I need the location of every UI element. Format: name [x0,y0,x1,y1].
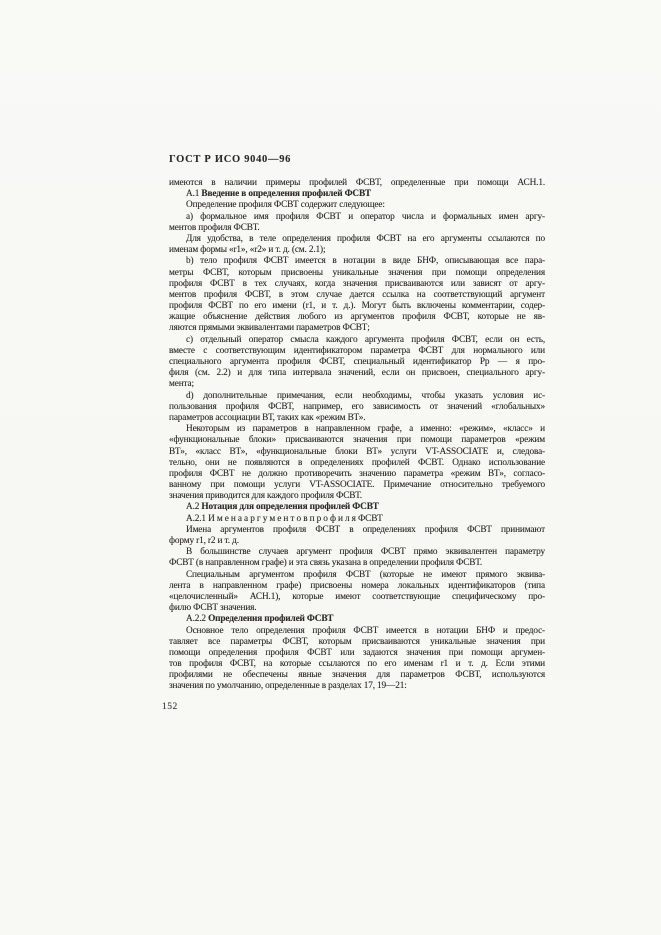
text-line: метры ФСВТ, которым присвоены уникальные… [169,268,545,279]
text-line: «целочисленный» АСН.1), которые имеют со… [169,592,545,603]
text-line: Определение профиля ФСВТ содержит следую… [169,200,545,211]
text-line: Основное тело определения профиля ФСВТ и… [169,626,545,637]
text-line: а) формальное имя профиля ФСВТ и операто… [169,212,545,223]
text-line: имеются в наличии примеры профилей ФСВТ,… [169,178,545,189]
text-line: помощи определения профиля ФСВТ или зада… [169,648,545,659]
text-line: значения приводится для каждого профиля … [169,491,545,502]
text-line: профилями не обеспечены явные значения д… [169,670,545,681]
text-line: ФСВТ (в направленном графе) и эта связь … [169,558,545,569]
text-line: ляются прямыми эквивалентами параметров … [169,323,545,334]
page-number: 152 [162,702,178,712]
text-line: d) дополнительные примечания, если необх… [169,391,545,402]
text-line: тельно, они не появляются в определениях… [169,458,545,469]
text-line: форму r1, r2 и т. д. [169,536,545,547]
text-line: Некоторым из параметров в направленном г… [169,424,545,435]
text-line: тавляет все параметры ФСВТ, которым прис… [169,637,545,648]
text-line: значения по умолчанию, определенные в ра… [169,681,545,692]
text-line: пользования профиля ФСВТ, например, его … [169,402,545,413]
text-line: В большинстве случаев аргумент профиля Ф… [169,547,545,558]
document-page: ГОСТ Р ИСО 9040—96 имеются в наличии при… [0,0,661,935]
text-line: Имена аргументов профиля ФСВТ в определе… [169,525,545,536]
text-line: ментов профиля ФСВТ, в этом случае даетс… [169,290,545,301]
document-standard-code: ГОСТ Р ИСО 9040—96 [169,154,291,165]
text-line: профиля ФСВТ в тех случаях, когда значен… [169,279,545,290]
body-lines: имеются в наличии примеры профилей ФСВТ,… [169,178,545,693]
text-line: ванному при помощи услуги VT-ASSOCIATE. … [169,480,545,491]
text-line: «функциональные блоки» присваиваются зна… [169,435,545,446]
text-line: ВТ», «класс ВТ», «функциональные блоки В… [169,447,545,458]
text-line: Специальным аргументом профиля ФСВТ (кот… [169,570,545,581]
text-line: специального аргумента профиля ФСВТ, спе… [169,357,545,368]
text-line: жащие объяснение действия любого из аргу… [169,312,545,323]
text-line: профиля ФСВТ по его имени (r1, и т. д.).… [169,301,545,312]
text-line: тов профиля ФСВТ, на которые ссылаются п… [169,659,545,670]
section-heading: А.2.1 И м е н а а р г у м е н т о в п р … [169,514,545,525]
text-line: b) тело профиля ФСВТ имеется в нотации в… [169,256,545,267]
text-line: профиля ФСВТ не должно противоречить зна… [169,469,545,480]
text-line: с) отдельный оператор смысла каждого арг… [169,335,545,346]
text-line: филю ФСВТ значения. [169,603,545,614]
text-line: вместе с соответствующим идентификатором… [169,346,545,357]
text-line: Для удобства, в теле определения профиля… [169,234,545,245]
text-line: ментов профиля ФСВТ. [169,223,545,234]
text-line: лента в направленном графе) присвоены но… [169,581,545,592]
text-line: мента; [169,379,545,390]
section-heading: А.2 Нотация для определения профилей ФСВ… [169,502,545,513]
section-heading: А.1 Введение в определения профилей ФСВТ [169,189,545,200]
text-line: именам формы «r1», «r2» и т. д. (см. 2.1… [169,245,545,256]
text-line: филя (см. 2.2) и для типа интервала знач… [169,368,545,379]
text-line: параметров ассоциации ВТ, таких как «реж… [169,413,545,424]
section-heading: А.2.2 Определения профилей ФСВТ [169,614,545,625]
